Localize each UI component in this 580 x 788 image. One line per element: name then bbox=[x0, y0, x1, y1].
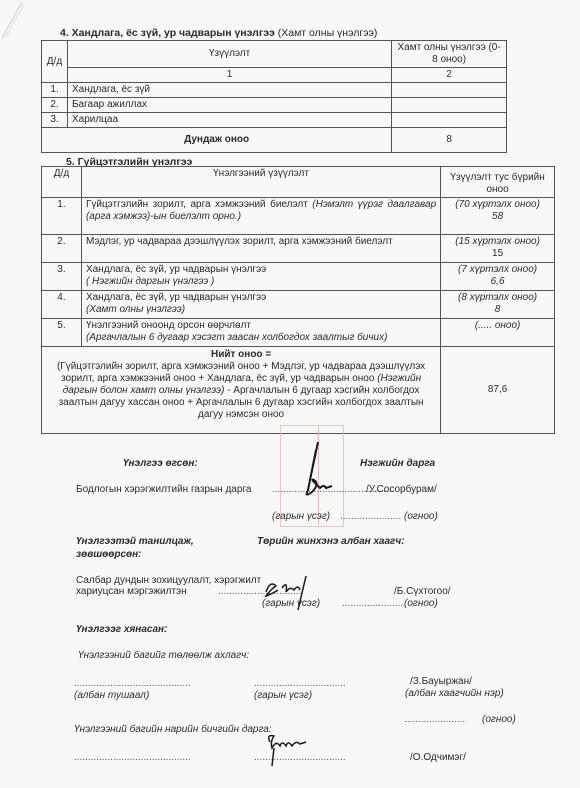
servant-position-2: хариуцсан мэргэжилтэн bbox=[76, 586, 187, 597]
criteria-text: Үнэлгээний оноонд орсон өөрчлөлт bbox=[86, 320, 436, 332]
table-row: 3. Харилцаа bbox=[42, 113, 507, 128]
secretary-position-dots: ........................................… bbox=[74, 752, 191, 763]
team-lead-date-caption: (огноо) bbox=[482, 714, 516, 725]
team-lead-name: /З.Бауыржан/ bbox=[410, 676, 472, 687]
secretary-label: Үнэлгээний багийн нарийн бичгийн дарга: bbox=[74, 724, 272, 735]
servant-date-caption: (огноо) bbox=[404, 598, 438, 609]
reviewed-label: Үнэлгээг хянасан: bbox=[76, 624, 167, 635]
formula-part-1: (Гүйцэтгэлийн зорилт, арга хэмжээний оно… bbox=[57, 361, 425, 384]
position-dots: ........................................… bbox=[74, 678, 191, 689]
secretary-signature-icon bbox=[262, 728, 322, 768]
table-row: 2. Мэдлэг, ур чадвараа дээшлүүлэх зорилт… bbox=[42, 235, 555, 263]
header-no: Д/д bbox=[42, 41, 68, 83]
average-row: Дундаж оноо 8 bbox=[42, 128, 507, 153]
evaluator-date-caption: (огноо) bbox=[404, 511, 438, 522]
team-lead-sign-dots: ................................. bbox=[254, 678, 346, 689]
team-lead-date-dots: ...................... bbox=[404, 714, 465, 725]
score-value: 58 bbox=[445, 211, 550, 223]
row-criteria: Мэдлэг, ур чадвараа дээшлүүлэх зорилт, а… bbox=[81, 235, 440, 263]
row-no: 2. bbox=[42, 98, 68, 113]
table-row: 4. Хандлага, ёс зүй, ур чадварын үнэлгээ… bbox=[42, 291, 555, 319]
acknowledged-label-2: зөвшөөрсөн: bbox=[76, 549, 142, 560]
acknowledged-label: Үнэлгээтэй танилцаж, bbox=[76, 536, 194, 547]
table-row: 2. Багаар ажиллах bbox=[42, 98, 507, 113]
row-no: 1. bbox=[42, 83, 68, 98]
header-col1: 1 bbox=[67, 68, 391, 83]
scan-edge-mark bbox=[0, 0, 30, 40]
table-row: 1. Хандлага, ёс зүй bbox=[42, 83, 507, 98]
team-lead-label: Үнэлгээний багийг төлөөлж ахлагч: bbox=[78, 650, 249, 661]
score-value: 6,6 bbox=[445, 276, 550, 288]
criteria-note: ( Нэгжийн даргын үнэлгээ ) bbox=[86, 276, 436, 288]
row-criteria: Үнэлгээний оноонд орсон өөрчлөлт (Аргачл… bbox=[81, 319, 440, 347]
row-criteria: Харилцаа bbox=[67, 113, 391, 128]
row-no: 5. bbox=[42, 319, 82, 347]
civil-servant-label: Төрийн жинхэнэ албан хаагч: bbox=[257, 536, 405, 547]
criteria-text: Гүйцэтгэлийн зорилт, арга хэмжээний биел… bbox=[86, 199, 308, 210]
row-no: 3. bbox=[42, 113, 68, 128]
evaluator-position: Бодлогын хэрэгжилтийн газрын дарга bbox=[76, 484, 251, 495]
header-no: Д/д bbox=[42, 167, 82, 198]
max-score: (8 хүртэлх оноо) bbox=[445, 292, 550, 304]
header-score: Үзүүлэлт тус бүрийн оноо bbox=[441, 167, 555, 198]
max-score: (7 хүртэлх оноо) bbox=[445, 264, 550, 276]
secretary-name: /О.Одчимэг/ bbox=[410, 752, 466, 763]
score-value: 8 bbox=[445, 304, 550, 316]
total-value: 87,6 bbox=[441, 347, 555, 434]
total-label: Нийт оноо = bbox=[50, 349, 432, 361]
criteria-text: Хандлага, ёс зүй, ур чадварын үнэлгээ bbox=[86, 292, 436, 304]
table-row: 1. Гүйцэтгэлийн зорилт, арга хэмжээний б… bbox=[42, 198, 555, 235]
row-score: (15 хүртэлх оноо) 15 bbox=[441, 235, 555, 263]
section4-title-bold: 4. Хандлага, ёс зүй, ур чадварын үнэлгээ bbox=[60, 27, 275, 39]
row-criteria: Хандлага, ёс зүй bbox=[67, 83, 391, 98]
evaluator-signature-caption: (гарын үсэг) bbox=[272, 511, 330, 522]
row-score bbox=[392, 83, 507, 98]
row-criteria: Багаар ажиллах bbox=[67, 98, 391, 113]
evaluator-name: /У.Сосорбурам/ bbox=[366, 484, 437, 495]
total-formula: Нийт оноо = (Гүйцэтгэлийн зорилт, арга х… bbox=[42, 347, 441, 434]
servant-position: Салбар дундын зохицуулалт, хэрэгжилт bbox=[76, 575, 261, 586]
section4-title: 4. Хандлага, ёс зүй, ур чадварын үнэлгээ… bbox=[60, 27, 377, 39]
section4-table: Д/д Үзүүлэлт Хамт олны үнэлгээ (0-8 оноо… bbox=[41, 40, 507, 153]
table-header-numbers: 1 2 bbox=[42, 68, 507, 83]
row-score: (70 хүртэлх оноо) 58 bbox=[441, 198, 555, 235]
table-row: 5. Үнэлгээний оноонд орсон өөрчлөлт (Арг… bbox=[42, 319, 555, 347]
table-row: 3. Хандлага, ёс зүй, ур чадварын үнэлгээ… bbox=[42, 263, 555, 291]
header-score: Хамт олны үнэлгээ (0-8 оноо) bbox=[392, 41, 507, 68]
criteria-text: Хандлага, ёс зүй, ур чадварын үнэлгээ bbox=[86, 264, 436, 276]
row-criteria: Хандлага, ёс зүй, ур чадварын үнэлгээ ( … bbox=[81, 263, 440, 291]
average-value: 8 bbox=[392, 128, 507, 153]
row-criteria: Гүйцэтгэлийн зорилт, арга хэмжээний биел… bbox=[81, 198, 440, 235]
max-score: (..... оноо) bbox=[445, 320, 550, 332]
servant-date-dots: ...................... bbox=[342, 598, 403, 609]
average-label: Дундаж оноо bbox=[42, 128, 392, 153]
header-col2: 2 bbox=[392, 68, 507, 83]
header-criteria: Үнэлгээний үзүүлэлт bbox=[81, 167, 440, 198]
evaluator-date-dots: ...................... bbox=[340, 511, 401, 522]
position-caption: (албан тушаал) bbox=[74, 690, 149, 701]
row-no: 3. bbox=[42, 263, 82, 291]
row-no: 1. bbox=[42, 198, 82, 235]
row-criteria: Хандлага, ёс зүй, ур чадварын үнэлгээ (Х… bbox=[81, 291, 440, 319]
score-value: 15 bbox=[445, 248, 550, 260]
table-header-row: Д/д Үзүүлэлт Хамт олны үнэлгээ (0-8 оноо… bbox=[42, 41, 507, 68]
servant-signature-caption: (гарын үсэг) bbox=[262, 598, 320, 609]
section5-table: Д/д Үнэлгээний үзүүлэлт Үзүүлэлт тус бүр… bbox=[41, 166, 555, 434]
row-score bbox=[392, 113, 507, 128]
criteria-note: (Хамт олны үнэлгээ) bbox=[86, 304, 436, 316]
row-no: 2. bbox=[42, 235, 82, 263]
row-score: (8 хүртэлх оноо) 8 bbox=[441, 291, 555, 319]
team-lead-signature-caption: (гарын үсэг) bbox=[254, 690, 312, 701]
evaluator-signature-icon bbox=[298, 440, 338, 510]
row-score bbox=[392, 98, 507, 113]
max-score: (70 хүртэлх оноо) bbox=[445, 199, 550, 211]
criteria-note: (Аргачлалын 6 дугаар хэсэгт заасан холбо… bbox=[86, 332, 436, 344]
row-score: (..... оноо) bbox=[441, 319, 555, 347]
section4-title-note: (Хамт олны үнэлгээ) bbox=[278, 27, 378, 39]
evaluator-label: Үнэлгээ өгсөн: bbox=[123, 458, 198, 469]
servant-name: /Б.Сүхтогоо/ bbox=[394, 586, 451, 597]
max-score: (15 хүртэлх оноо) bbox=[445, 236, 550, 248]
table-header-row: Д/д Үнэлгээний үзүүлэлт Үзүүлэлт тус бүр… bbox=[42, 167, 555, 198]
total-row: Нийт оноо = (Гүйцэтгэлийн зорилт, арга х… bbox=[42, 347, 555, 434]
name-caption: (албан хаагчийн нэр) bbox=[405, 688, 504, 699]
row-score: (7 хүртэлх оноо) 6,6 bbox=[441, 263, 555, 291]
row-no: 4. bbox=[42, 291, 82, 319]
evaluator-title: Нэгжийн дарга bbox=[360, 458, 435, 469]
header-criteria: Үзүүлэлт bbox=[67, 41, 391, 68]
